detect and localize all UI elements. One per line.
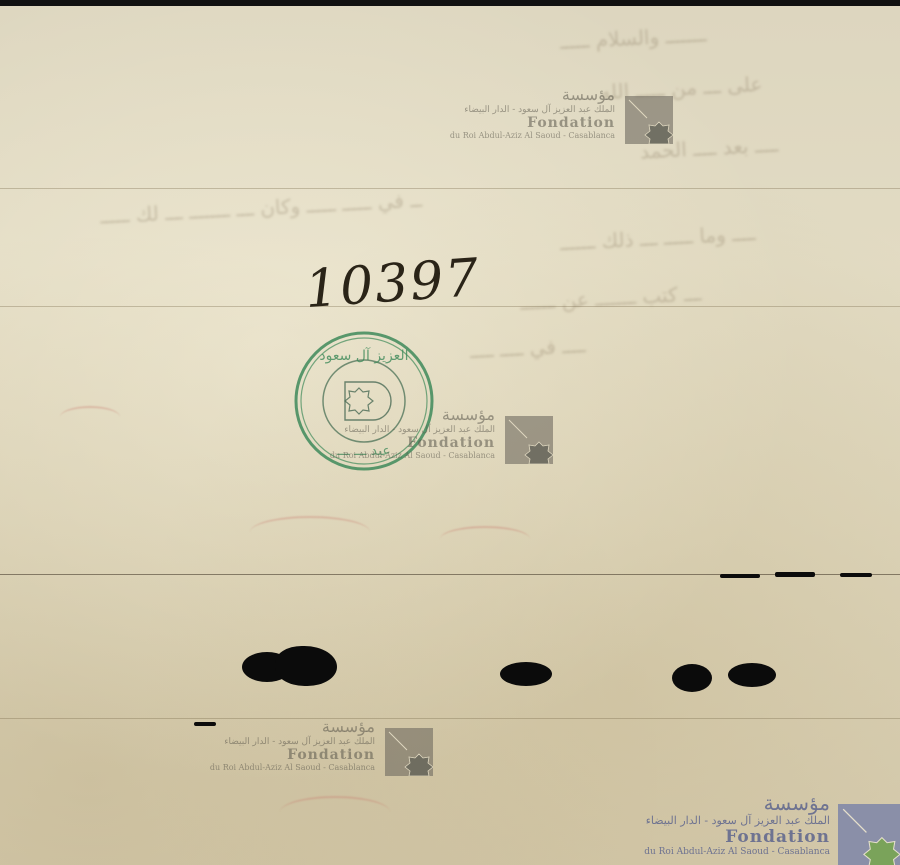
watermark-arabic-title: مؤسسة (644, 792, 830, 814)
watermark-french-subtitle: du Roi Abdul-Aziz Al Saoud - Casablanca (450, 131, 615, 141)
watermark-french-title: Fondation (330, 436, 495, 451)
fold-crease (0, 718, 900, 719)
ink-blot (720, 574, 760, 578)
bleed-through-text: ــــ ﻓﻲ ــــ ــــ (469, 333, 586, 363)
ink-blot (500, 662, 552, 686)
fondation-logo-icon (625, 96, 673, 144)
bleed-through-text: ــــ ﻭﻣﺎ ـــــ ـــ ﺫﻟﻚ ــــــ (560, 221, 757, 255)
manuscript-page: ـــــــ ﻭﺍﻟﺴﻼﻡ ـــــ ﻋﻠﻰ ـــ ﻣﻦ ـــــ ﺍﻟ… (0, 6, 900, 865)
fondation-logo-icon (385, 728, 433, 776)
ink-blot (672, 664, 712, 692)
watermark-french-subtitle: du Roi Abdul-Aziz Al Saoud - Casablanca (210, 763, 375, 773)
stain-mark (280, 796, 390, 828)
stain-mark (60, 406, 120, 428)
watermark-french-subtitle: du Roi Abdul-Aziz Al Saoud - Casablanca (644, 846, 830, 858)
ink-blot (728, 663, 776, 687)
stain-mark (250, 516, 370, 548)
bleed-through-text: ــ ﻓﻲ ـــــ ـــــ ﻭﻛﺎﻥ ـــ ـــــــ ـــ ﻟ… (100, 188, 423, 229)
bleed-through-text: ـــــــ ﻭﺍﻟﺴﻼﻡ ـــــ (559, 22, 707, 54)
ink-blot (275, 646, 337, 686)
watermark-fondation: مؤسسة الملك عبد العزيز آل سعود - الدار ا… (335, 406, 553, 468)
watermark-arabic-title: مؤسسة (450, 86, 615, 104)
watermark-fondation: مؤسسة الملك عبد العزيز آل سعود - الدار ا… (215, 718, 433, 780)
watermark-arabic-title: مؤسسة (210, 718, 375, 736)
reference-number: 10397 (303, 248, 482, 320)
fold-crease (0, 188, 900, 189)
ink-blot (775, 572, 815, 577)
watermark-arabic-subtitle: الملك عبد العزيز آل سعود - الدار البيضاء (644, 814, 830, 828)
stain-mark (440, 526, 530, 552)
watermark-arabic-title: مؤسسة (330, 406, 495, 424)
ink-blot (840, 573, 872, 577)
bleed-through-text: ـــ ﻛﺘﺐ ـــــــ ﻋﻦ ــــــ (519, 281, 702, 314)
watermark-french-title: Fondation (450, 116, 615, 131)
watermark-french-title: Fondation (210, 748, 375, 763)
watermark-fondation-primary: مؤسسة الملك عبد العزيز آل سعود - الدار ا… (630, 792, 900, 865)
watermark-french-subtitle: du Roi Abdul-Aziz Al Saoud - Casablanca (330, 451, 495, 461)
watermark-french-title: Fondation (644, 828, 830, 846)
fondation-logo-icon (505, 416, 553, 464)
watermark-fondation: مؤسسة الملك عبد العزيز آل سعود - الدار ا… (455, 86, 673, 148)
svg-text:ﺍﻟﻌﺰﻳﺰ ﺁﻝ ﺳﻌﻮﺩ: ﺍﻟﻌﺰﻳﺰ ﺁﻝ ﺳﻌﻮﺩ (319, 347, 408, 364)
fondation-logo-icon (838, 804, 900, 865)
fold-crease (0, 574, 900, 575)
